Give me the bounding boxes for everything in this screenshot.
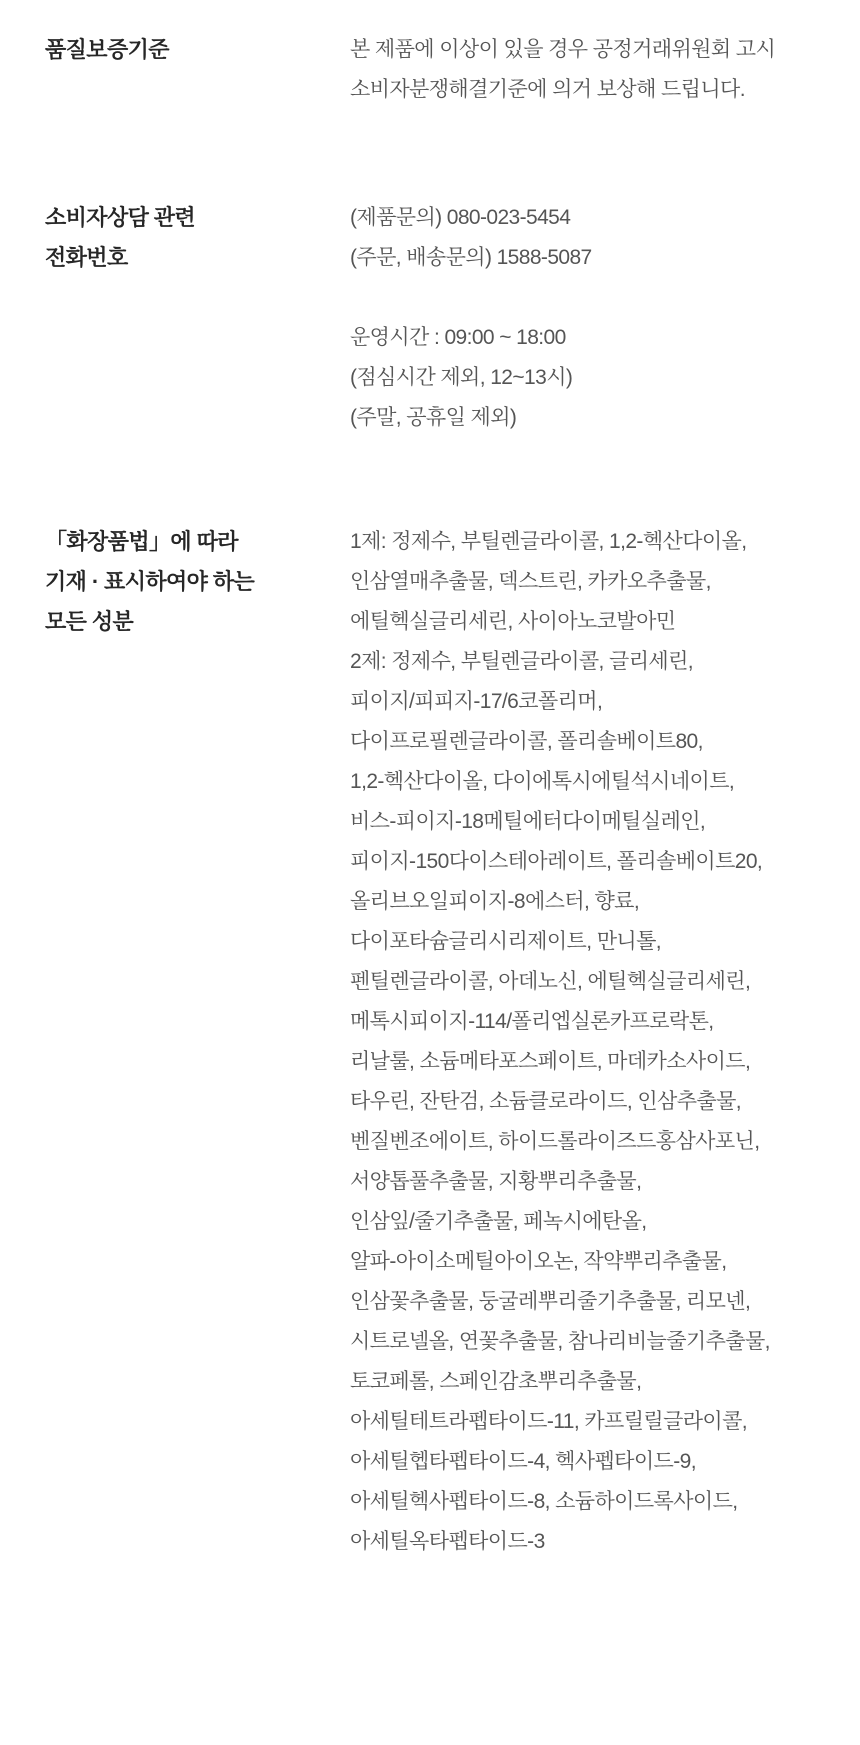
section-customer-service-phone: 소비자상담 관련 전화번호 (제품문의) 080-023-5454 (주문, 배… xyxy=(45,198,820,438)
section-quality-guarantee: 품질보증기준 본 제품에 이상이 있을 경우 공정거래위원회 고시 소비자분쟁해… xyxy=(45,30,820,110)
ingredient-line: 시트로넬올, 연꽃추출물, 참나리비늘줄기추출물, xyxy=(350,1322,820,1362)
ingredient-line: 리날룰, 소듐메타포스페이트, 마데카소사이드, xyxy=(350,1042,820,1082)
ingredient-line: 아세틸테트라펩타이드-11, 카프릴릴글라이콜, xyxy=(350,1402,820,1442)
customer-service-label-column: 소비자상담 관련 전화번호 xyxy=(45,198,350,278)
order-delivery-phone: (주문, 배송문의) 1588-5087 xyxy=(350,238,820,278)
ingredient-line: 피이지-150다이스테아레이트, 폴리솔베이트20, xyxy=(350,842,820,882)
ingredient-line: 2제: 정제수, 부틸렌글라이콜, 글리세린, xyxy=(350,642,820,682)
ingredient-line: 에틸헥실글리세린, 사이아노코발아민 xyxy=(350,602,820,642)
ingredient-line: 토코페롤, 스페인감초뿌리추출물, xyxy=(350,1362,820,1402)
ingredient-line: 1제: 정제수, 부틸렌글라이콜, 1,2-헥산다이올, xyxy=(350,522,820,562)
operating-hours: 운영시간 : 09:00 ~ 18:00 xyxy=(350,318,820,358)
customer-service-value-column: (제품문의) 080-023-5454 (주문, 배송문의) 1588-5087… xyxy=(350,198,820,438)
ingredient-line: 다이포타슘글리시리제이트, 만니톨, xyxy=(350,922,820,962)
ingredient-line: 벤질벤조에이트, 하이드롤라이즈드홍삼사포닌, xyxy=(350,1122,820,1162)
ingredient-line: 다이프로필렌글라이콜, 폴리솔베이트80, xyxy=(350,722,820,762)
section-all-ingredients: 「화장품법」에 따라 기재 · 표시하여야 하는 모든 성분 1제: 정제수, … xyxy=(45,522,820,1562)
product-info-page: 품질보증기준 본 제품에 이상이 있을 경우 공정거래위원회 고시 소비자분쟁해… xyxy=(0,0,860,1745)
paragraph-gap xyxy=(350,278,820,318)
ingredients-label-column: 「화장품법」에 따라 기재 · 표시하여야 하는 모든 성분 xyxy=(45,522,350,642)
ingredient-line: 1,2-헥산다이올, 다이에톡시에틸석시네이트, xyxy=(350,762,820,802)
ingredient-line: 아세틸헵타펩타이드-4, 헥사펩타이드-9, xyxy=(350,1442,820,1482)
ingredient-line: 알파-아이소메틸아이오논, 작약뿌리추출물, xyxy=(350,1242,820,1282)
ingredient-line: 인삼열매추출물, 덱스트린, 카카오추출물, xyxy=(350,562,820,602)
customer-service-label-line: 소비자상담 관련 xyxy=(45,198,350,238)
ingredient-line: 서양톱풀추출물, 지황뿌리추출물, xyxy=(350,1162,820,1202)
ingredient-line: 메톡시피이지-114/폴리엡실론카프로락톤, xyxy=(350,1002,820,1042)
ingredient-line: 아세틸옥타펩타이드-3 xyxy=(350,1522,820,1562)
quality-guarantee-text-line: 소비자분쟁해결기준에 의거 보상해 드립니다. xyxy=(350,70,820,110)
ingredient-line: 피이지/피피지-17/6코폴리머, xyxy=(350,682,820,722)
ingredient-line: 인삼잎/줄기추출물, 페녹시에탄올, xyxy=(350,1202,820,1242)
customer-service-label-line: 전화번호 xyxy=(45,238,350,278)
lunch-break-note: (점심시간 제외, 12~13시) xyxy=(350,358,820,398)
ingredient-line: 펜틸렌글라이콜, 아데노신, 에틸헥실글리세린, xyxy=(350,962,820,1002)
ingredients-label-line: 「화장품법」에 따라 xyxy=(45,522,350,562)
ingredient-line: 타우린, 잔탄검, 소듐클로라이드, 인삼추출물, xyxy=(350,1082,820,1122)
quality-guarantee-value-column: 본 제품에 이상이 있을 경우 공정거래위원회 고시 소비자분쟁해결기준에 의거… xyxy=(350,30,820,110)
ingredient-line: 인삼꽃추출물, 둥굴레뿌리줄기추출물, 리모넨, xyxy=(350,1282,820,1322)
ingredients-label-line: 모든 성분 xyxy=(45,602,350,642)
quality-guarantee-text-line: 본 제품에 이상이 있을 경우 공정거래위원회 고시 xyxy=(350,30,820,70)
ingredient-line: 아세틸헥사펩타이드-8, 소듐하이드록사이드, xyxy=(350,1482,820,1522)
product-inquiry-phone: (제품문의) 080-023-5454 xyxy=(350,198,820,238)
ingredient-line: 비스-피이지-18메틸에터다이메틸실레인, xyxy=(350,802,820,842)
quality-guarantee-label: 품질보증기준 xyxy=(45,30,350,70)
quality-guarantee-label-column: 품질보증기준 xyxy=(45,30,350,70)
ingredients-label-line: 기재 · 표시하여야 하는 xyxy=(45,562,350,602)
ingredients-value-column: 1제: 정제수, 부틸렌글라이콜, 1,2-헥산다이올, 인삼열매추출물, 덱스… xyxy=(350,522,820,1562)
weekend-holiday-note: (주말, 공휴일 제외) xyxy=(350,398,820,438)
ingredient-line: 올리브오일피이지-8에스터, 향료, xyxy=(350,882,820,922)
